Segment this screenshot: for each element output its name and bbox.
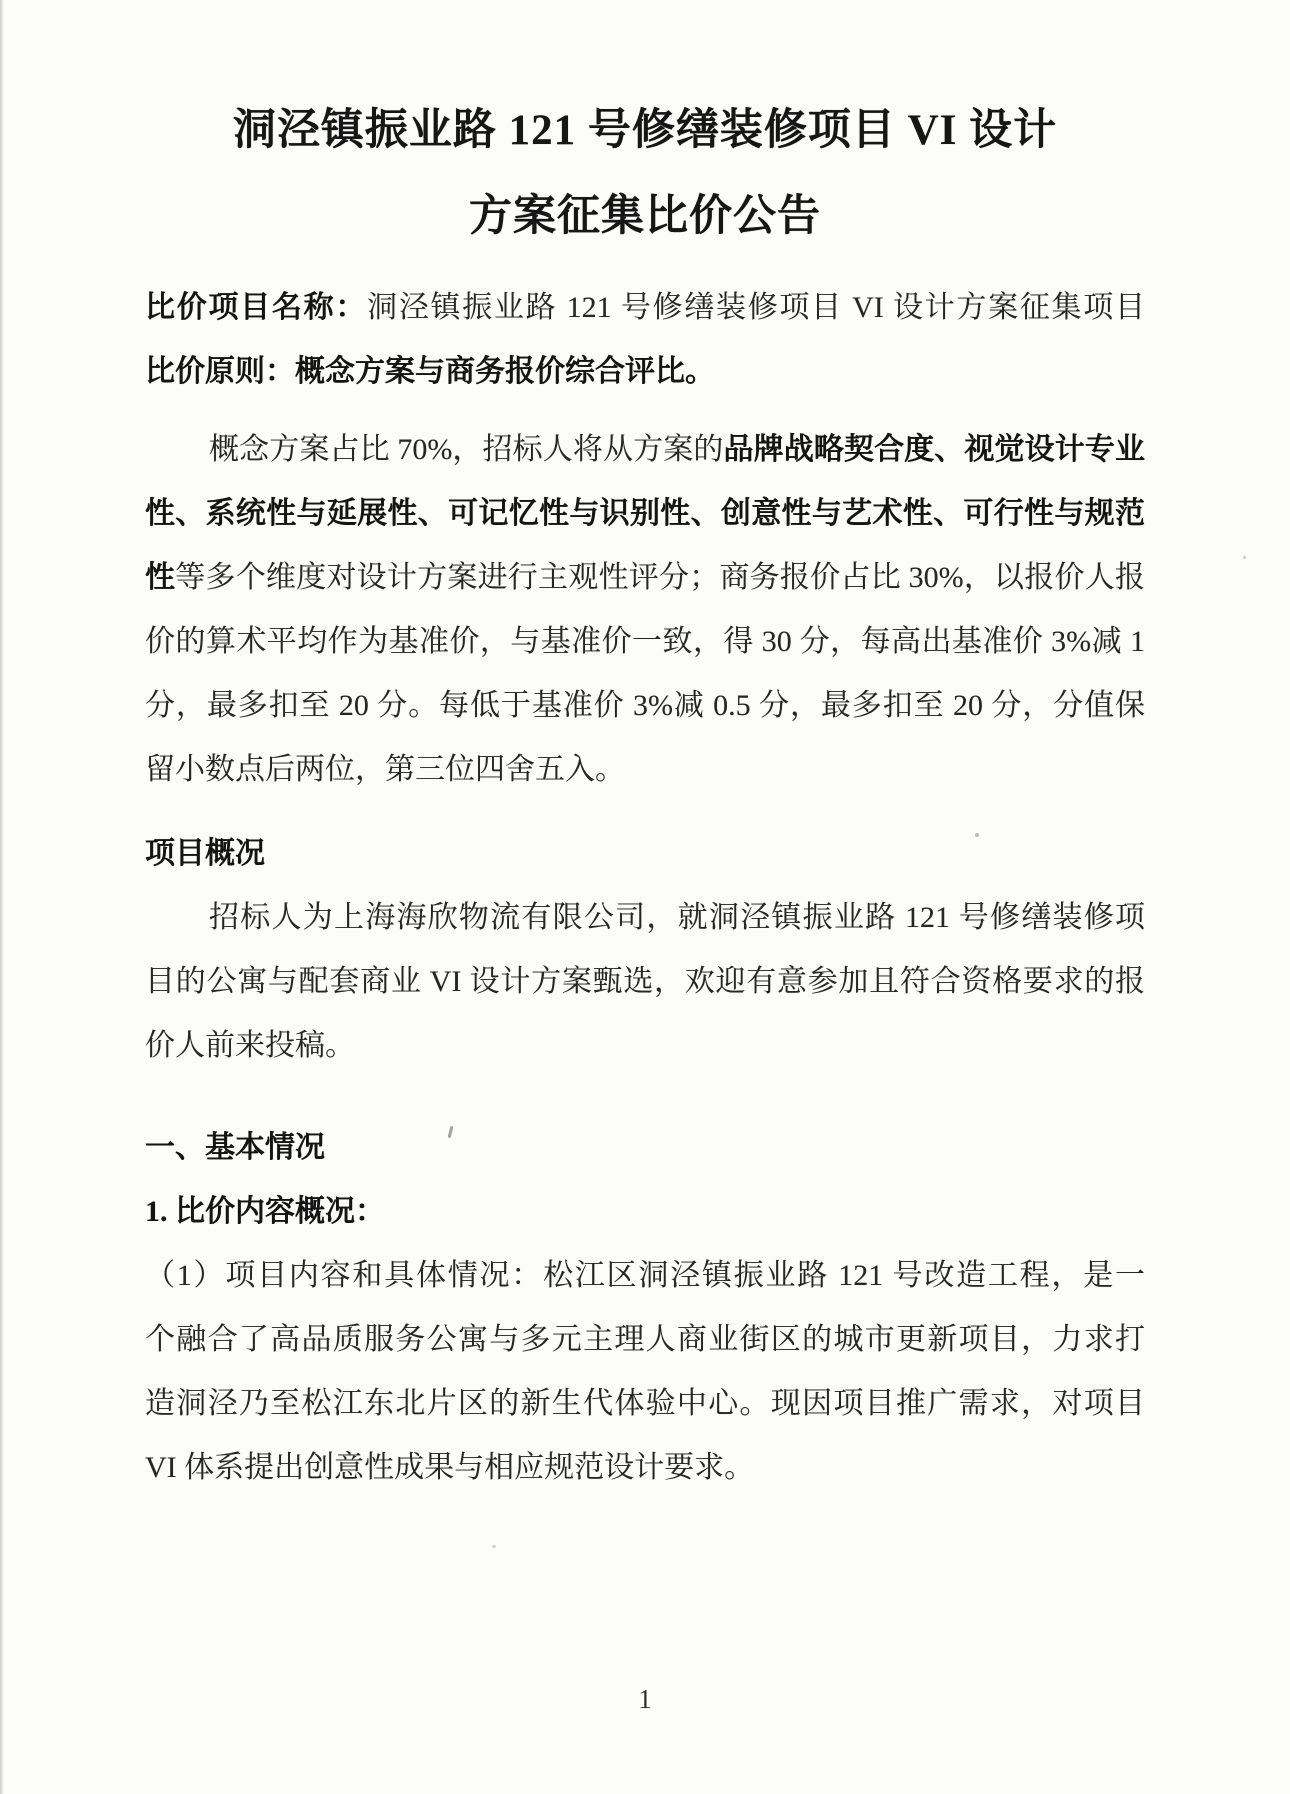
para-scoring-line-2: 性、系统性与延展性、可记忆性与识别性、创意性与艺术性、可行性与规范 — [145, 482, 1145, 546]
para-scoring-line-6: 留小数点后两位，第三位四舍五入。 — [145, 738, 1145, 802]
para-overview-line-2: 目的公寓与配套商业 VI 设计方案甄选，欢迎有意参加且符合资格要求的报 — [145, 950, 1145, 1014]
text-segment: 洞泾镇振业路 121 号修缮装修项目 VI 设计方案征集项目 — [367, 291, 1145, 324]
text-segment: 一、基本情况 — [145, 1131, 325, 1164]
page-content: 洞泾镇振业路 121 号修缮装修项目 VI 设计 方案征集比价公告 比价项目名称… — [145, 0, 1145, 1500]
document-title-line-1: 洞泾镇振业路 121 号修缮装修项目 VI 设计 — [145, 88, 1145, 174]
text-segment: 1. 比价内容概况： — [145, 1195, 385, 1228]
para-item1-line-4: VI 体系提出创意性成果与相应规范设计要求。 — [145, 1436, 1145, 1500]
heading-project-overview: 项目概况 — [145, 822, 1145, 886]
line-pricing-principle: 比价原则：概念方案与商务报价综合评比。 — [145, 340, 1145, 404]
document-body: 比价项目名称：洞泾镇振业路 121 号修缮装修项目 VI 设计方案征集项目比价原… — [145, 276, 1145, 1500]
scan-speck — [492, 1545, 496, 1548]
text-segment: （1）项目内容和具体情况：松江区洞泾镇振业路 121 号改造工程，是一 — [145, 1259, 1145, 1292]
scan-speck — [975, 833, 979, 837]
document-title: 洞泾镇振业路 121 号修缮装修项目 VI 设计 方案征集比价公告 — [145, 0, 1145, 260]
para-scoring-line-1: 概念方案占比 70%，招标人将从方案的品牌战略契合度、视觉设计专业 — [145, 418, 1145, 482]
text-segment: 价人前来投稿。 — [145, 1029, 355, 1062]
text-segment: 项目概况 — [145, 837, 265, 870]
para-scoring-line-5: 分，最多扣至 20 分。每低于基准价 3%减 0.5 分，最多扣至 20 分，分… — [145, 674, 1145, 738]
heading-pricing-content: 1. 比价内容概况： — [145, 1180, 1145, 1244]
document-title-line-2: 方案征集比价公告 — [145, 174, 1145, 260]
line-project-name: 比价项目名称：洞泾镇振业路 121 号修缮装修项目 VI 设计方案征集项目 — [145, 276, 1145, 340]
para-scoring-line-4: 价的算术平均作为基准价，与基准价一致，得 30 分，每高出基准价 3%减 1 — [145, 610, 1145, 674]
text-segment: 概念方案与商务报价综合评比。 — [295, 355, 715, 388]
text-segment: 招标人为上海海欣物流有限公司，就洞泾镇振业路 121 号修缮装修项 — [209, 901, 1145, 934]
page-number: 1 — [0, 1684, 1290, 1715]
para-overview-line-1: 招标人为上海海欣物流有限公司，就洞泾镇振业路 121 号修缮装修项 — [145, 886, 1145, 950]
scan-speck — [1243, 556, 1246, 559]
para-overview-line-3: 价人前来投稿。 — [145, 1014, 1145, 1078]
scan-edge-artifact — [0, 0, 4, 1794]
text-segment: 品牌战略契合度、视觉设计专业 — [723, 433, 1145, 466]
text-segment: 性、系统性与延展性、可记忆性与识别性、创意性与艺术性、可行性与规范 — [145, 497, 1145, 530]
text-segment: 概念方案占比 70%，招标人将从方案的 — [209, 433, 723, 466]
text-segment: 等多个维度对设计方案进行主观性评分；商务报价占比 30%，以报价人报 — [175, 561, 1145, 594]
heading-basic-info: 一、基本情况 — [145, 1116, 1145, 1180]
para-item1-line-3: 造洞泾乃至松江东北片区的新生代体验中心。现因项目推广需求，对项目 — [145, 1372, 1145, 1436]
text-segment: 比价原则： — [145, 355, 295, 388]
text-segment: 留小数点后两位，第三位四舍五入。 — [145, 753, 625, 786]
text-segment: 分，最多扣至 20 分。每低于基准价 3%减 0.5 分，最多扣至 20 分，分… — [145, 689, 1145, 722]
text-segment: 性 — [145, 561, 175, 594]
para-scoring-line-3: 性等多个维度对设计方案进行主观性评分；商务报价占比 30%，以报价人报 — [145, 546, 1145, 610]
text-segment: 个融合了高品质服务公寓与多元主理人商业街区的城市更新项目，力求打 — [145, 1323, 1145, 1356]
text-segment: 价的算术平均作为基准价，与基准价一致，得 30 分，每高出基准价 3%减 1 — [145, 625, 1145, 658]
para-item1-line-1: （1）项目内容和具体情况：松江区洞泾镇振业路 121 号改造工程，是一 — [145, 1244, 1145, 1308]
text-segment: 比价项目名称： — [145, 291, 367, 324]
text-segment: 目的公寓与配套商业 VI 设计方案甄选，欢迎有意参加且符合资格要求的报 — [145, 965, 1145, 998]
scanned-document-page: { "title": { "line1": "洞泾镇振业路 121 号修缮装修项… — [0, 0, 1290, 1794]
text-segment: 造洞泾乃至松江东北片区的新生代体验中心。现因项目推广需求，对项目 — [145, 1387, 1145, 1420]
para-item1-line-2: 个融合了高品质服务公寓与多元主理人商业街区的城市更新项目，力求打 — [145, 1308, 1145, 1372]
text-segment: VI 体系提出创意性成果与相应规范设计要求。 — [145, 1451, 754, 1484]
